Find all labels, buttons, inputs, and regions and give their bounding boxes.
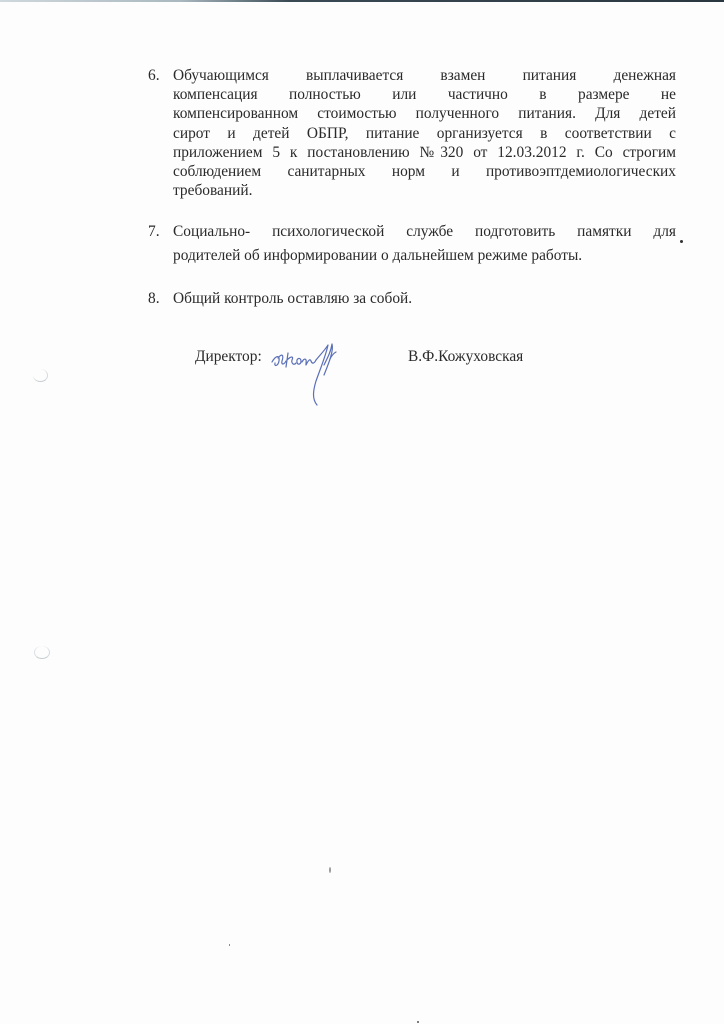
- item-text-line: соблюдением санитарных норм и противоэпт…: [173, 162, 676, 181]
- document-page: 6. Обучающимся выплачивается взамен пита…: [0, 0, 724, 1024]
- signature-block: Директор: В.Ф.Кожуховская: [195, 341, 595, 411]
- item-text-line: Социально- психологической службе подгот…: [173, 220, 676, 244]
- item-text-line: требований.: [173, 181, 676, 200]
- item-number: 6.: [148, 66, 160, 85]
- scan-speck: [680, 240, 683, 243]
- order-item-8: 8. Общий контроль оставляю за собой.: [148, 289, 676, 308]
- item-text-line: родителей об информировании о дальнейшем…: [173, 244, 676, 268]
- punch-hole-mark: [33, 369, 48, 382]
- order-items-list: 6. Обучающимся выплачивается взамен пита…: [148, 66, 676, 309]
- scan-speck: [229, 944, 230, 946]
- handwritten-signature-icon: [270, 341, 360, 407]
- item-text-line: сирот и детей ОБПР, питание организуется…: [173, 124, 676, 143]
- item-text-line: компенсация полностью или частично в раз…: [173, 85, 676, 104]
- scan-speck: [417, 1021, 419, 1023]
- signature-label: Директор:: [195, 348, 262, 366]
- director-name: В.Ф.Кожуховская: [408, 348, 523, 366]
- item-text-line: Обучающимся выплачивается взамен питания…: [173, 66, 676, 85]
- order-item-6: 6. Обучающимся выплачивается взамен пита…: [148, 66, 676, 200]
- scan-speck: [329, 867, 331, 873]
- item-number: 7.: [148, 220, 160, 244]
- punch-hole-mark: [34, 646, 50, 659]
- item-text-line: приложением 5 к постановлению №320 от 12…: [173, 143, 676, 162]
- item-number: 8.: [148, 289, 160, 308]
- item-text-line: Общий контроль оставляю за собой.: [173, 289, 676, 308]
- item-text-line: компенсированном стоимостью полученного …: [173, 104, 676, 123]
- order-item-7: 7. Социально- психологической службе под…: [148, 220, 676, 268]
